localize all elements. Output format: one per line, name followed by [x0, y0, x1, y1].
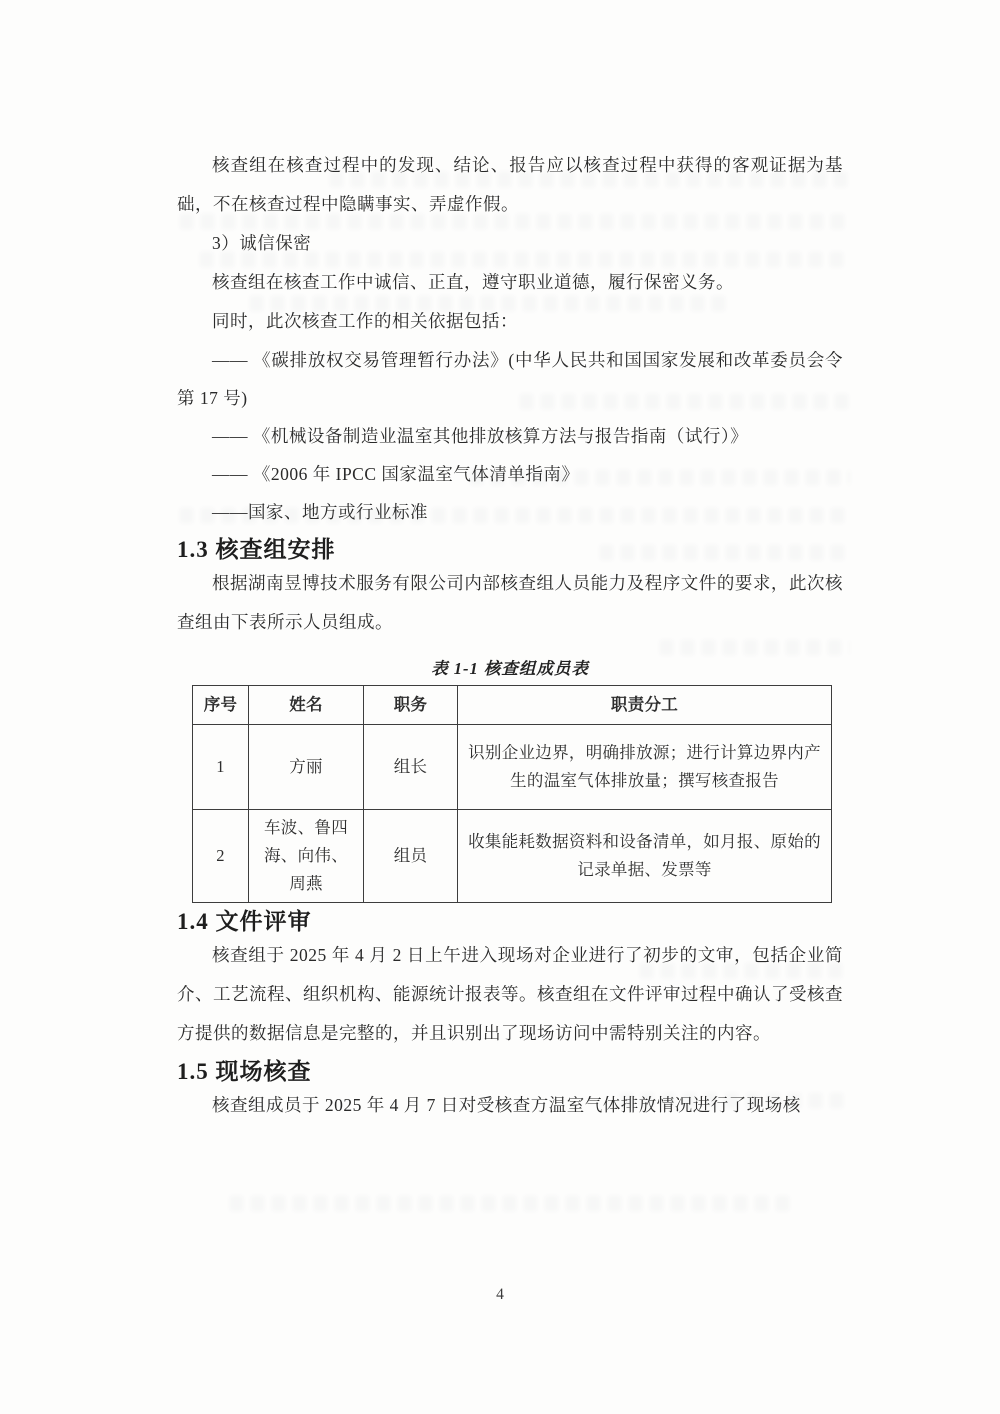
paragraph-team-arrangement: 根据湖南昱博技术服务有限公司内部核查组人员能力及程序文件的要求，此次核查组由下表…	[177, 564, 843, 642]
cell-no: 1	[193, 725, 249, 810]
column-header-duty: 职责分工	[458, 686, 832, 725]
page-content: 核查组在核查过程中的发现、结论、报告应以核查过程中获得的客观证据为基础，不在核查…	[177, 146, 843, 1125]
column-header-no: 序号	[193, 686, 249, 725]
paragraph-evidence: 核查组在核查过程中的发现、结论、报告应以核查过程中获得的客观证据为基础，不在核查…	[177, 146, 843, 224]
column-header-name: 姓名	[249, 686, 364, 725]
document-page: 核查组在核查过程中的发现、结论、报告应以核查过程中获得的客观证据为基础，不在核查…	[0, 0, 1000, 1414]
basis-item: —— 《2006 年 IPCC 国家温室气体清单指南》	[177, 455, 843, 493]
table-header-row: 序号 姓名 职务 职责分工	[193, 686, 832, 725]
section-heading-1-3: 1.3 核查组安排	[177, 531, 843, 564]
table-row: 2 车波、鲁四海、向伟、周燕 组员 收集能耗数据资料和设备清单，如月报、原始的记…	[193, 810, 832, 903]
paragraph-document-review: 核查组于 2025 年 4 月 2 日上午进入现场对企业进行了初步的文审，包括企…	[177, 936, 843, 1053]
page-number: 4	[0, 1286, 1000, 1304]
list-item-confidentiality-title: 3）诚信保密	[177, 224, 843, 263]
cell-no: 2	[193, 810, 249, 903]
cell-name: 车波、鲁四海、向伟、周燕	[249, 810, 364, 903]
cell-duty: 识别企业边界，明确排放源；进行计算边界内产生的温室气体排放量；撰写核查报告	[458, 725, 832, 810]
column-header-role: 职务	[364, 686, 458, 725]
cell-role: 组长	[364, 725, 458, 810]
basis-item: —— 《碳排放权交易管理暂行办法》(中华人民共和国国家发展和改革委员会令第 17…	[177, 341, 843, 417]
section-heading-1-4: 1.4 文件评审	[177, 903, 843, 936]
cell-duty: 收集能耗数据资料和设备清单，如月报、原始的记录单据、发票等	[458, 810, 832, 903]
basis-item: ——国家、地方或行业标准	[177, 493, 843, 531]
table-caption: 表 1-1 核查组成员表	[177, 655, 843, 679]
cell-name: 方丽	[249, 725, 364, 810]
paragraph-integrity: 核查组在核查工作中诚信、正直，遵守职业道德，履行保密义务。	[177, 263, 843, 302]
basis-item: —— 《机械设备制造业温室其他排放核算方法与报告指南（试行）》	[177, 417, 843, 455]
paragraph-basis-intro: 同时，此次核查工作的相关依据包括：	[177, 302, 843, 341]
verification-team-table: 序号 姓名 职务 职责分工 1 方丽 组长 识别企业边界，明确排放源；进行计算边…	[192, 685, 832, 903]
bleed-through-artifact	[230, 1196, 790, 1211]
cell-role: 组员	[364, 810, 458, 903]
paragraph-site-visit: 核查组成员于 2025 年 4 月 7 日对受核查方温室气体排放情况进行了现场核	[177, 1086, 843, 1125]
table-row: 1 方丽 组长 识别企业边界，明确排放源；进行计算边界内产生的温室气体排放量；撰…	[193, 725, 832, 810]
section-heading-1-5: 1.5 现场核查	[177, 1053, 843, 1086]
